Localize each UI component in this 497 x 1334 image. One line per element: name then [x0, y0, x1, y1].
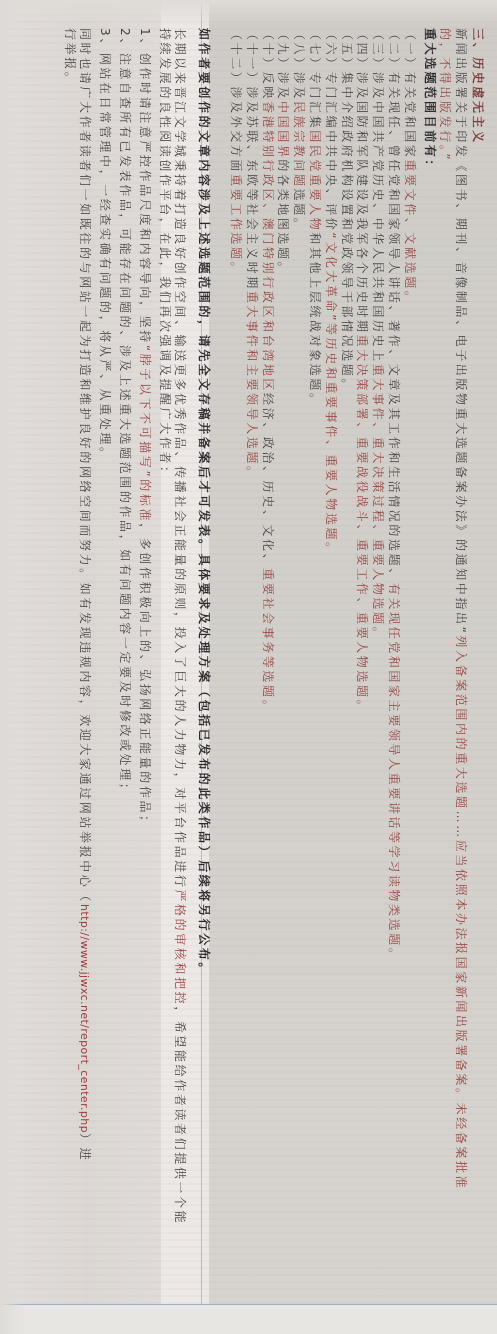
- item-9: （九）涉及中国国界的各类地图选题。: [275, 28, 291, 1334]
- tip-1-seg-2: ，多创作积极向上的、弘扬网络正能量的作品；: [138, 523, 152, 830]
- item-5-seg-0: （五）集中介绍政府机构设置和党政领导干部情况选题。: [340, 28, 354, 393]
- tip-2-seg-0: 2、注意自查所有已发表作品，可能存在问题的、涉及上述重大选题范围的作品，如有问题…: [118, 28, 132, 797]
- item-4: （四）涉及国防和军队建设及我军各个历史时期重大决策部署、重要战役战斗、重要工作、…: [354, 28, 370, 1334]
- item-7-seg-2: 和其他上层统战对象选题。: [308, 232, 322, 407]
- item-2-seg-1: 有关现任党和国家主要领导人重要讲话等学习读物类选题。: [387, 583, 401, 963]
- filing-warning-seg-0: 如作者要创作的文章内容涉及上述选题范围的，请先全文存稿并备案后才可发表。具体要求…: [197, 28, 211, 977]
- item-6-seg-1: “文化大革命”等历史和重要事件、重要人物选题。: [324, 232, 338, 556]
- item-7-seg-0: （七）专门汇集: [308, 28, 322, 130]
- item-10-seg-1: 香港特别行政区、澳门特别行政区和台湾地区: [261, 101, 275, 393]
- item-8-seg-1: 民族宗教问题: [292, 101, 306, 189]
- tip-1: 1、创作时请注意严控作品尺度和内容导向，坚持“脖子以下不可描写”的标准，多创作积…: [136, 28, 152, 1334]
- tip-3: 3、网站在日常管理中，一经查实确有问题的，将从严、从重处理。: [96, 28, 112, 1334]
- item-9-seg-1: 中国国界: [276, 101, 290, 159]
- item-11: （十一）涉及苏联、东欧等社会主义时期重大事件和主要领导人选题。: [243, 28, 259, 1334]
- intro-line-1-seg-0: 新闻出版署关于印发《图书、期刊、音像制品、电子出版物重大选题备案办法》的通知中指…: [454, 28, 468, 635]
- item-3: （三）涉及中国共产党历史、中华人民共和国历史上重大事件、重大决策过程、重要人物选…: [369, 28, 385, 1334]
- platform-para-1-seg-0: 长期以来晋江文学城秉持着打造良好创作空间、输送更多优秀作品、传播社会正能量的原则…: [173, 28, 187, 889]
- closing-para-2: 行举报。: [61, 28, 77, 1334]
- item-4-seg-1: 重大决策部署、重要战役战斗、重要工作、重要人物选题。: [355, 335, 369, 715]
- item-12: （十二）涉及外交方面重要工作选题。: [227, 28, 243, 1334]
- item-5: （五）集中介绍政府机构设置和党政领导干部情况选题。: [338, 28, 354, 1334]
- scope-header: 重大选题范围目前有：: [421, 28, 437, 1334]
- document-photo: 三、历史虚无主义新闻出版署关于印发《图书、期刊、音像制品、电子出版物重大选题备案…: [0, 0, 497, 1334]
- item-10-seg-3: 重要社会事务等选题。: [261, 568, 275, 714]
- item-8-seg-2: 选题。: [292, 189, 306, 233]
- item-6: （六）专门汇编中共中央、评价“文化大革命”等历史和重要事件、重要人物选题。: [322, 28, 338, 1334]
- platform-para-2-seg-0: 持续发展的良性阅读创作平台，在此，我们再次强调及提醒广大作者：: [158, 28, 172, 481]
- closing-para-1: 同时也请广大作者读者们一如既往的与网站一起为打造和维护良好的网络空间而努力。如有…: [77, 28, 93, 1334]
- item-7: （七）专门汇集国民党重要人物和其他上层统战对象选题。: [306, 28, 322, 1334]
- item-8-seg-0: （八）涉及: [292, 28, 306, 101]
- report-center-link[interactable]: http://www.jjwxc.net/report_center.php: [78, 904, 91, 1133]
- platform-para-1-seg-2: ，希望能给作者读者们提供一个能: [173, 1006, 187, 1225]
- tip-3-seg-0: 3、网站在日常管理中，一经查实确有问题的，将从严、从重处理。: [98, 28, 112, 462]
- closing-para-1-seg-0: 同时也请广大作者读者们一如既往的与网站一起为打造和维护良好的网络空间而努力。如有…: [78, 28, 92, 904]
- item-3-seg-1: 重大事件、重大决策过程、重要人物选题。: [371, 364, 385, 641]
- intro-line-2-seg-0: 的，不得出版发行。”: [438, 28, 452, 162]
- heading-line: 三、历史虚无主义: [469, 28, 485, 1334]
- tip-2: 2、注意自查所有已发表作品，可能存在问题的、涉及上述重大选题范围的作品，如有问题…: [116, 28, 132, 1334]
- tip-1-seg-0: 1、创作时请注意严控作品尺度和内容导向，坚持: [138, 28, 152, 345]
- item-7-seg-1: 国民党重要人物: [308, 130, 322, 232]
- item-2-seg-0: （二）有关现任、曾任党和国家领导人讲话、著作、文章及其工作和生活情况的选题、: [387, 28, 401, 583]
- closing-para-1-seg-2: ）进: [78, 1133, 92, 1162]
- item-4-seg-0: （四）涉及国防和军队建设及我军各个历史时期: [355, 28, 369, 335]
- item-10-seg-2: 经济、政治、历史、文化、: [261, 393, 275, 568]
- platform-para-2: 持续发展的良性阅读创作平台，在此，我们再次强调及提醒广大作者：: [156, 28, 172, 1334]
- intro-line-1-seg-1: 列入备案范围内的重大选题……应当依照本办法报国家新闻出版署备案。未经备案批准: [454, 635, 468, 1190]
- platform-para-1-seg-1: 严格的审核和把控: [173, 889, 187, 1006]
- notice-text-block: 三、历史虚无主义新闻出版署关于印发《图书、期刊、音像制品、电子出版物重大选题备案…: [0, 0, 497, 1334]
- item-9-seg-0: （九）涉及: [276, 28, 290, 101]
- item-12-seg-0: （十二）涉及外交方面: [229, 28, 243, 174]
- scope-header-seg-0: 重大选题范围目前有：: [423, 28, 437, 174]
- item-3-seg-0: （三）涉及中国共产党历史、中华人民共和国历史上: [371, 28, 385, 364]
- screenshot-stage: 三、历史虚无主义新闻出版署关于印发《图书、期刊、音像制品、电子出版物重大选题备案…: [0, 0, 497, 1334]
- item-8: （八）涉及民族宗教问题选题。: [290, 28, 306, 1334]
- filing-warning: 如作者要创作的文章内容涉及上述选题范围的，请先全文存稿并备案后才可发表。具体要求…: [195, 28, 211, 1334]
- tip-1-seg-1: “脖子以下不可描写”的标准: [138, 345, 152, 523]
- intro-line-1: 新闻出版署关于印发《图书、期刊、音像制品、电子出版物重大选题备案办法》的通知中指…: [452, 28, 468, 1334]
- intro-line-2: 的，不得出版发行。”: [437, 28, 453, 1334]
- item-11-seg-1: 重大事件和主要领导人选题。: [245, 291, 259, 481]
- item-12-seg-1: 重要工作选题。: [229, 174, 243, 276]
- item-9-seg-2: 的各类地图选题。: [276, 159, 290, 276]
- item-11-seg-0: （十一）涉及苏联、东欧等社会主义时期: [245, 28, 259, 291]
- platform-para-1: 长期以来晋江文学城秉持着打造良好创作空间、输送更多优秀作品、传播社会正能量的原则…: [172, 28, 188, 1334]
- heading-line-seg-0: 三、历史虚无主义: [471, 28, 485, 145]
- closing-para-2-seg-0: 行举报。: [63, 28, 77, 86]
- item-10-seg-0: （十）反映: [261, 28, 275, 101]
- item-10: （十）反映香港特别行政区、澳门特别行政区和台湾地区经济、政治、历史、文化、重要社…: [259, 28, 275, 1334]
- item-2: （二）有关现任、曾任党和国家领导人讲话、著作、文章及其工作和生活情况的选题、有关…: [385, 28, 401, 1334]
- item-6-seg-0: （六）专门汇编中共中央、评价: [324, 28, 338, 232]
- item-1-seg-0: （一）有关党和国家: [403, 28, 417, 159]
- item-1: （一）有关党和国家重要文件、文献选题。: [401, 28, 417, 1334]
- item-1-seg-1: 重要文件、文献选题。: [403, 159, 417, 305]
